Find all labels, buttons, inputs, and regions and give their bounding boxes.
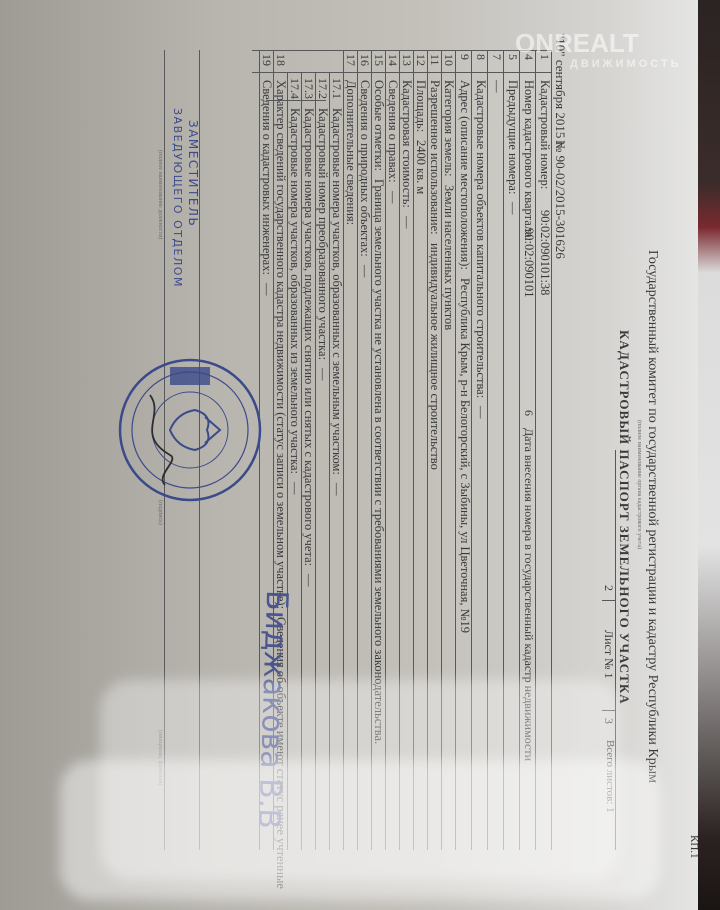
row-number: 18 [273, 54, 288, 66]
row-value: — [287, 482, 302, 495]
row-number: 17.2 [315, 78, 330, 99]
row-label: Кадастровые номера объектов капитального… [473, 80, 488, 398]
row-label: Особые отметки: [371, 80, 386, 171]
row-number-2: 6 [521, 410, 536, 416]
agency-name: Государственный комитет по государственн… [644, 250, 660, 783]
row-value: — [385, 191, 400, 204]
row-number: 10 [441, 54, 456, 66]
row-number: 15 [371, 54, 386, 66]
row-label: — [489, 80, 504, 93]
row-number: 7 [489, 54, 504, 60]
row-label: Кадастровые номера участков, подлежащих … [301, 108, 316, 566]
signer-position-line1: Заместитель [186, 120, 200, 227]
row-label: Характер сведений государственного кадас… [273, 80, 288, 609]
row-value: индивидуальное жилищное строительство [427, 243, 442, 470]
table-num-column [252, 72, 552, 73]
agency-caption: (полное наименование органа кадастрового… [636, 420, 642, 549]
row-value: — [473, 406, 488, 419]
row-value: 2400 кв. м [413, 140, 428, 194]
sheet-number: Лист № 1 [601, 630, 616, 679]
table-left-border [252, 50, 552, 51]
row-number: 19 [259, 54, 274, 66]
position-caption: (полное наименование должности) [157, 150, 163, 239]
row-label: Категория земель: [441, 80, 456, 177]
row-label: Сведения о правах: [385, 80, 400, 183]
row-label: Предыдущие номера: [505, 80, 520, 194]
row-number: 17 [343, 54, 358, 66]
row-value: Республика Крым, р-н Белогорский, с Зыби… [457, 278, 472, 633]
row-value: — [301, 574, 316, 587]
row-number: 13 [399, 54, 414, 66]
row-value: — [315, 368, 330, 381]
row-label: Кадастровые номера участков, образованны… [287, 108, 302, 474]
row-number: 9 [457, 54, 472, 60]
row-label: Кадастровая стоимость: [399, 80, 414, 208]
row-number: 8 [473, 54, 488, 60]
form-code: КП.1 [688, 835, 700, 859]
row-label: Сведения о природных объектах: [357, 80, 372, 257]
row-label: Номер кадастрового квартала: [521, 80, 536, 241]
row-label: Площадь: [413, 80, 428, 132]
row-value: — [259, 283, 274, 296]
row-value: — [505, 202, 520, 215]
row-number: 11 [427, 54, 442, 66]
row-value: — [329, 483, 344, 496]
row-label: Разрешенное использование: [427, 80, 442, 235]
row-label: Кадастровый номер преобразованного участ… [315, 108, 330, 360]
sheet-num-label: 2 [601, 585, 616, 591]
row-number: 17.4 [287, 78, 302, 99]
row-value: 90:02:090101 [521, 228, 536, 297]
watermark-sub: ДВИЖИМОСТЬ [570, 58, 682, 70]
signer-position-line2: заведующего отделом [171, 108, 184, 288]
row-label: Кадастровые номера участков, образованны… [329, 108, 344, 475]
cadastral-passport-document: Государственный комитет по государственн… [0, 0, 720, 910]
row-value: 90:02:090101:38 [537, 210, 552, 295]
row-label: Кадастровый номер: [537, 80, 552, 189]
watermark-brand: ONREALT [515, 28, 639, 59]
row-label: Дополнительные сведения: [343, 80, 358, 225]
row-number: 12 [413, 54, 428, 66]
row-label: Сведения о кадастровых инженерах: [259, 80, 274, 275]
row-number: 17.1 [329, 78, 344, 99]
document-title: КАДАСТРОВЫЙ ПАСПОРТ ЗЕМЕЛЬНОГО УЧАСТКА [616, 330, 632, 705]
row-number: 14 [385, 54, 400, 66]
row-value: Земли населенных пунктов [441, 185, 456, 330]
row-label: Адрес (описание местоположения): [457, 80, 472, 270]
official-seal-icon [115, 355, 265, 505]
row-value: — [357, 265, 372, 278]
document-number: № 90-02/2015-301626 [552, 140, 568, 259]
row-number: 16 [357, 54, 372, 66]
row-number: 17.3 [301, 78, 316, 99]
row-value: — [399, 216, 414, 229]
row-value: Граница земельного участка не установлен… [371, 179, 386, 744]
